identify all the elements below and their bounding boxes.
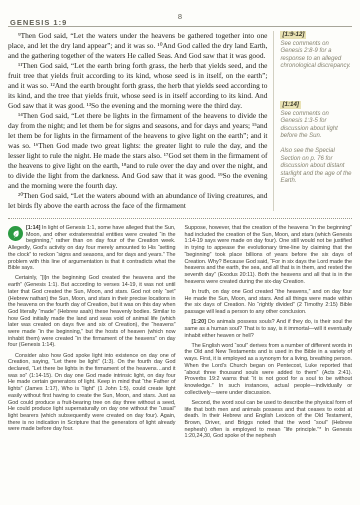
commentary-paragraph: Consider also how God spoke light into e… [8, 353, 176, 433]
commentary-right-column: Suppose, however, that the creation of t… [185, 225, 353, 444]
running-head-book-ref: GENESIS 1:9 [10, 18, 67, 27]
verse-paragraph-11-13: ¹¹Then God said, “Let the earth bring fo… [8, 61, 267, 111]
page-number: 8 [178, 12, 182, 21]
commentary-paragraph: In truth, on day one God created “the he… [185, 289, 353, 316]
commentary-text: In light of Genesis 1:1, some have alleg… [8, 225, 176, 271]
leaf-logo-icon [8, 226, 23, 241]
study-bible-page: GENESIS 1:9 8 ⁹Then God said, “Let the w… [0, 0, 360, 505]
note-ref-badge: [1:14] [280, 101, 301, 109]
commentary-section: [1:14] In light of Genesis 1:1, some hav… [8, 225, 352, 444]
commentary-paragraph: [1:20] Do animals possess souls? And if … [185, 319, 353, 339]
commentary-marker: [1:20] [192, 319, 206, 325]
commentary-marker: [1:14] [26, 225, 40, 231]
running-header: GENESIS 1:9 8 [10, 12, 350, 24]
margin-note-1-14: [1:14] See comments on Genesis 1:3-5 for… [280, 101, 352, 186]
margin-note-1-9-12: [1:9-12] See comments on Genesis 2:8-9 f… [280, 31, 352, 71]
verse-paragraph-9-10: ⁹Then God said, “Let the waters under th… [8, 31, 267, 61]
note-ref-badge: [1:9-12] [280, 31, 306, 39]
commentary-paragraph: Suppose, however, that the creation of t… [185, 225, 353, 285]
note-text: Also see the Special Section on p. 76 fo… [280, 148, 352, 186]
verse-paragraph-20: ²⁰Then God said, “Let the waters abound … [8, 191, 267, 211]
commentary-divider [8, 218, 352, 219]
commentary-text: Do animals possess souls? And if they do… [185, 319, 353, 338]
note-text: See comments on Genesis 1:3-5 for discus… [280, 111, 352, 141]
commentary-paragraph: [1:14] In light of Genesis 1:1, some hav… [8, 225, 176, 272]
margin-notes-column: [1:9-12] See comments on Genesis 2:8-9 f… [274, 31, 352, 211]
commentary-paragraph: Certainly, “[i]n the beginning God creat… [8, 275, 176, 349]
note-text: See comments on Genesis 2:8-9 for a resp… [280, 41, 352, 71]
commentary-paragraph: Second, the word soul can be used to des… [185, 400, 353, 440]
commentary-left-column: [1:14] In light of Genesis 1:1, some hav… [8, 225, 176, 444]
verse-paragraph-14-19: ¹⁴Then God said, “Let there be lights in… [8, 111, 267, 191]
commentary-paragraph: The English word “soul” derives from a n… [185, 343, 353, 397]
scripture-and-notes-region: ⁹Then God said, “Let the waters under th… [8, 31, 352, 211]
scripture-column: ⁹Then God said, “Let the waters under th… [8, 31, 274, 211]
